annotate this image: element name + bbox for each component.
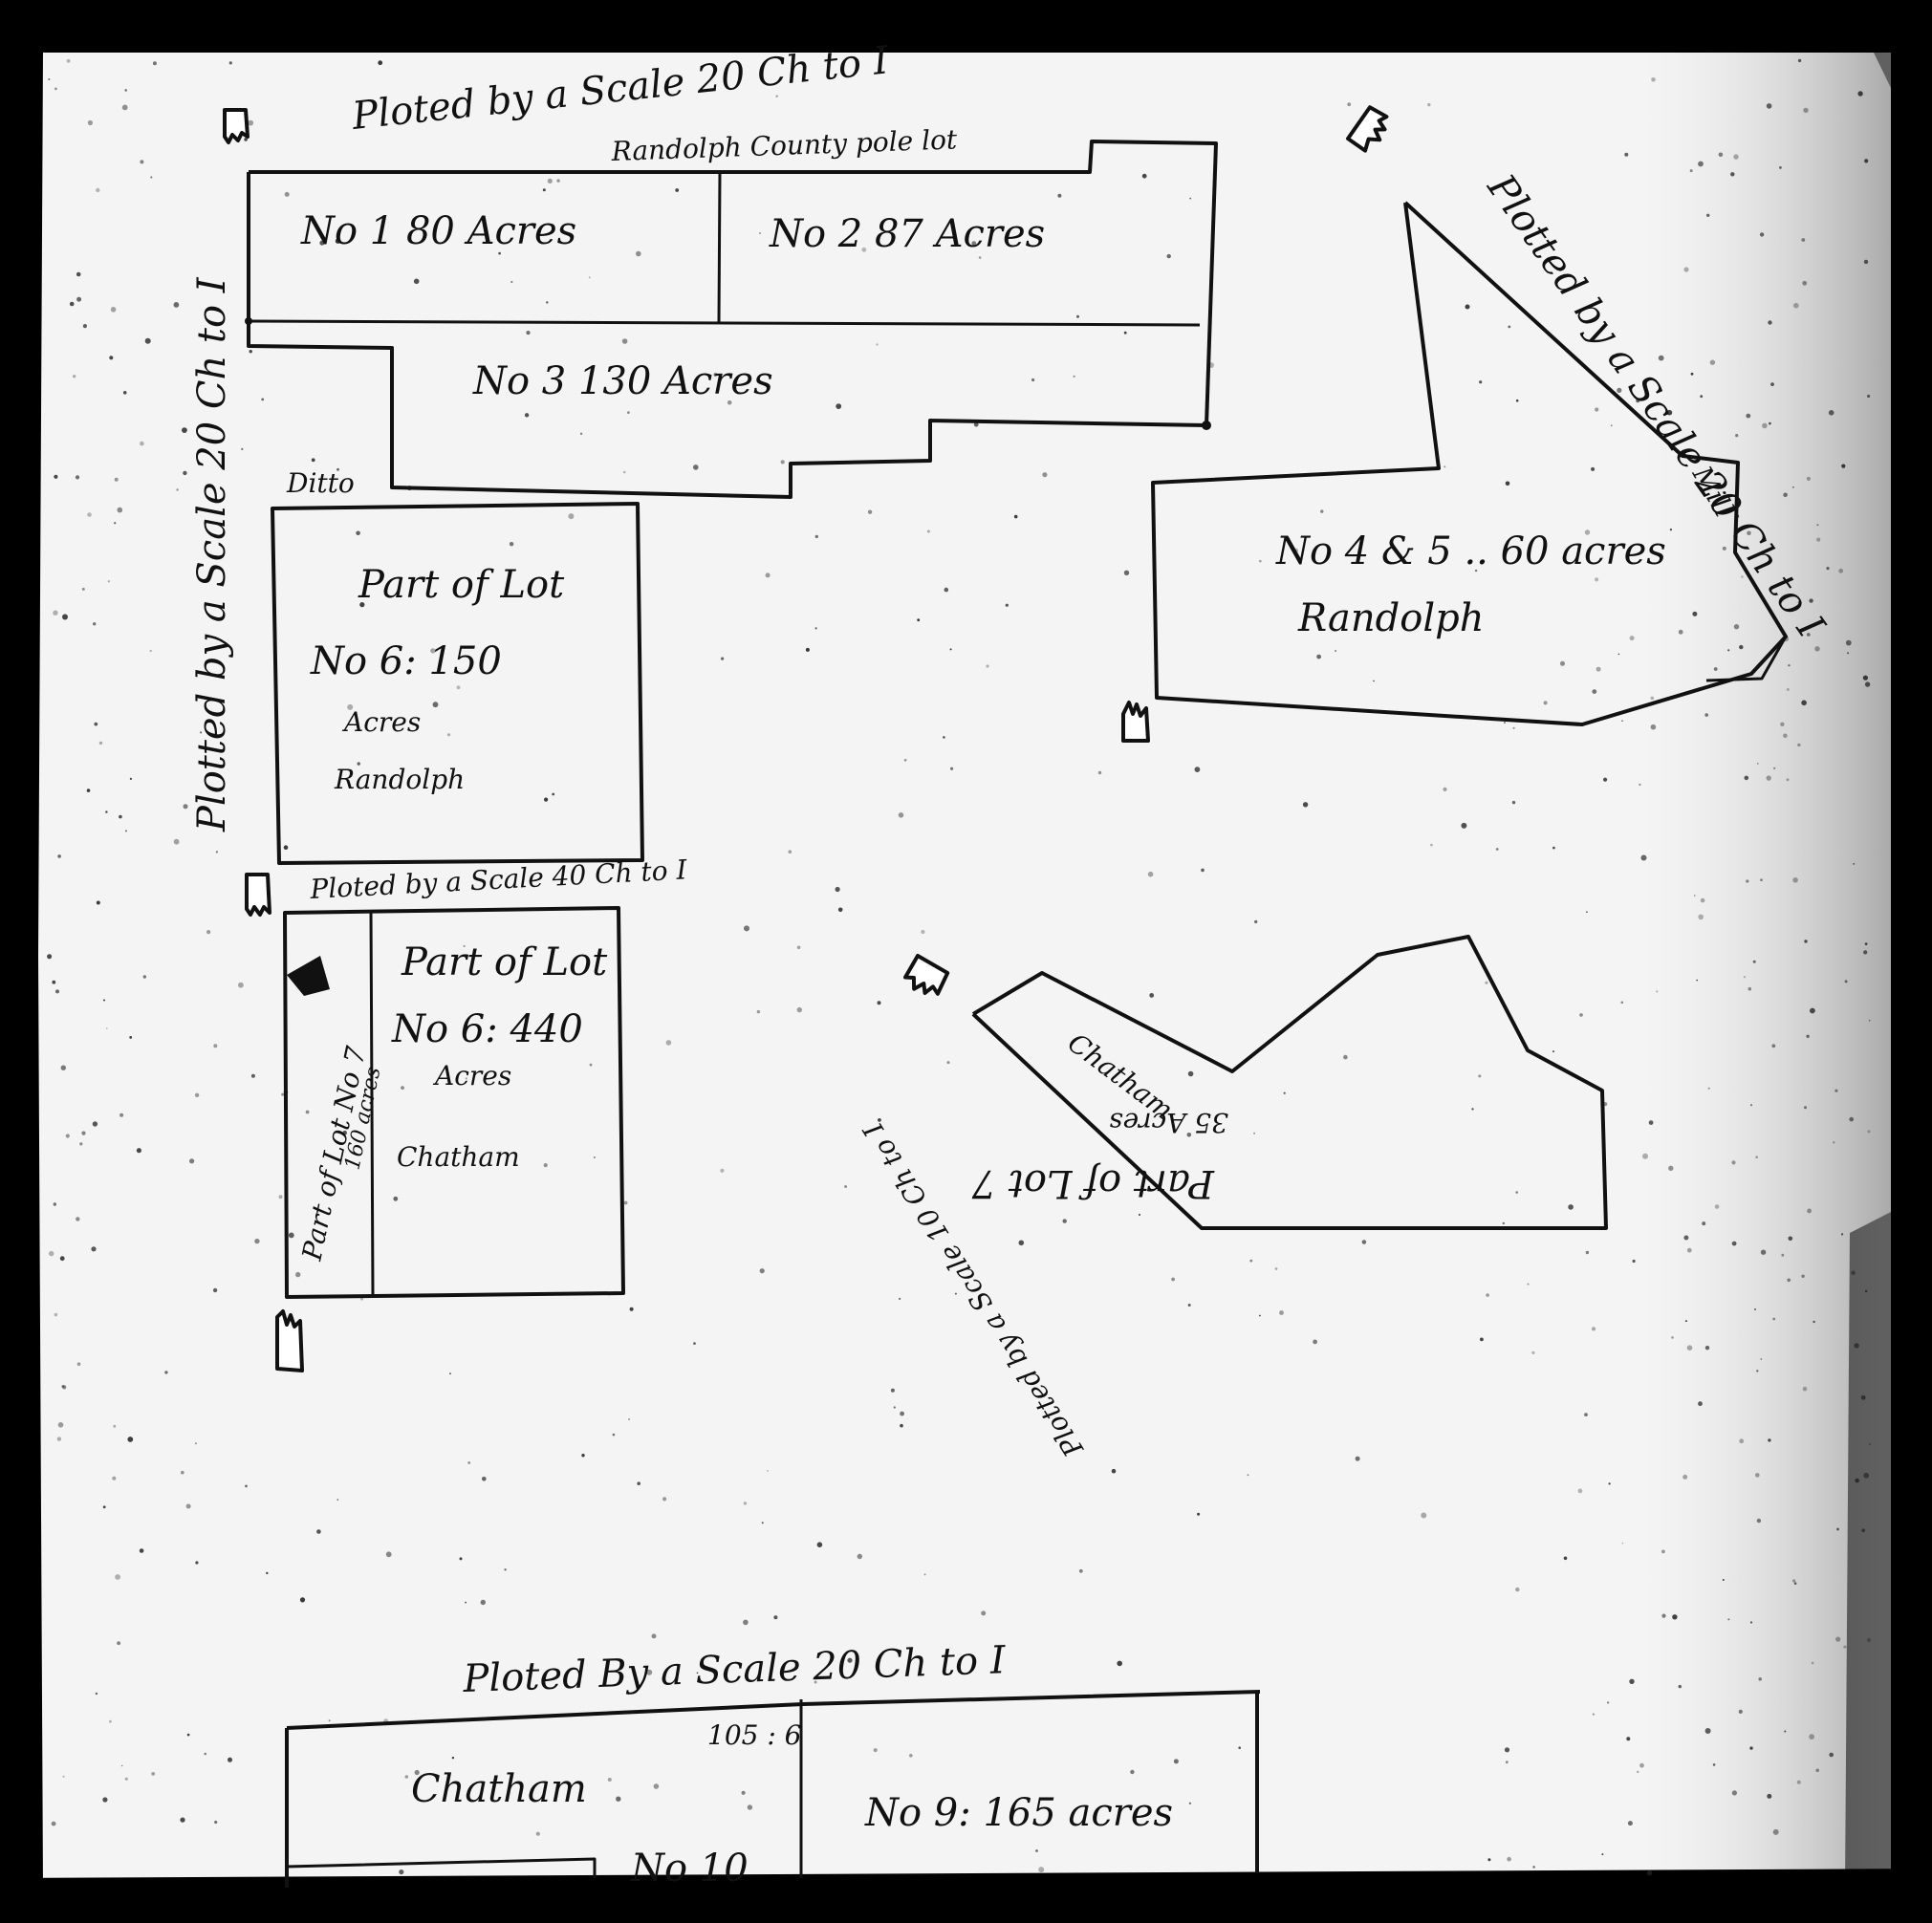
pointing-hand-icon	[1123, 702, 1148, 741]
lot-10-partial-label: No 10	[630, 1847, 749, 1891]
lot-6-chatham-line3: Acres	[432, 1060, 511, 1091]
lot-6-chatham-line1: Part of Lot	[401, 940, 608, 984]
lot-2-label: No 2 87 Acres	[769, 212, 1045, 256]
lot-6-chatham-line4: Chatham	[397, 1141, 520, 1173]
lot-7-chatham-acres: 35 Acres	[1109, 1107, 1228, 1138]
scan-edge	[0, 1869, 1932, 1923]
lot-4-5-line2: Randolph	[1297, 596, 1485, 640]
lot-7-chatham-part: Part of Lot 7	[971, 1161, 1215, 1205]
bottom-chatham-label: Chatham	[411, 1767, 587, 1811]
lot-6-randolph-line4: Randolph	[334, 764, 465, 795]
plat-sheet: No 1 80 Acres No 2 87 Acres No 3 130 Acr…	[0, 0, 1932, 1923]
lot-6-randolph-line2: No 6: 150	[310, 639, 502, 683]
pointing-hand-icon	[277, 1311, 302, 1371]
lot-1-label: No 1 80 Acres	[300, 209, 576, 253]
pointing-hand-icon	[247, 875, 270, 915]
lot-6-randolph-line3: Acres	[341, 706, 421, 738]
lot-3-label: No 3 130 Acres	[472, 359, 773, 403]
lot-9-label: No 9: 165 acres	[864, 1791, 1173, 1835]
paper-shading	[1625, 53, 1891, 1888]
side-scale-note: Plotted by a Scale 20 Ch to I	[190, 276, 234, 832]
ditto-label: Ditto	[286, 467, 355, 499]
bottom-number: 105 : 6	[707, 1719, 802, 1751]
lot-6-randolph-line1: Part of Lot	[358, 563, 565, 607]
lot-6-chatham-line2: No 6: 440	[391, 1007, 583, 1051]
lot-4-5-line1: No 4 & 5 .. 60 acres	[1275, 529, 1666, 573]
